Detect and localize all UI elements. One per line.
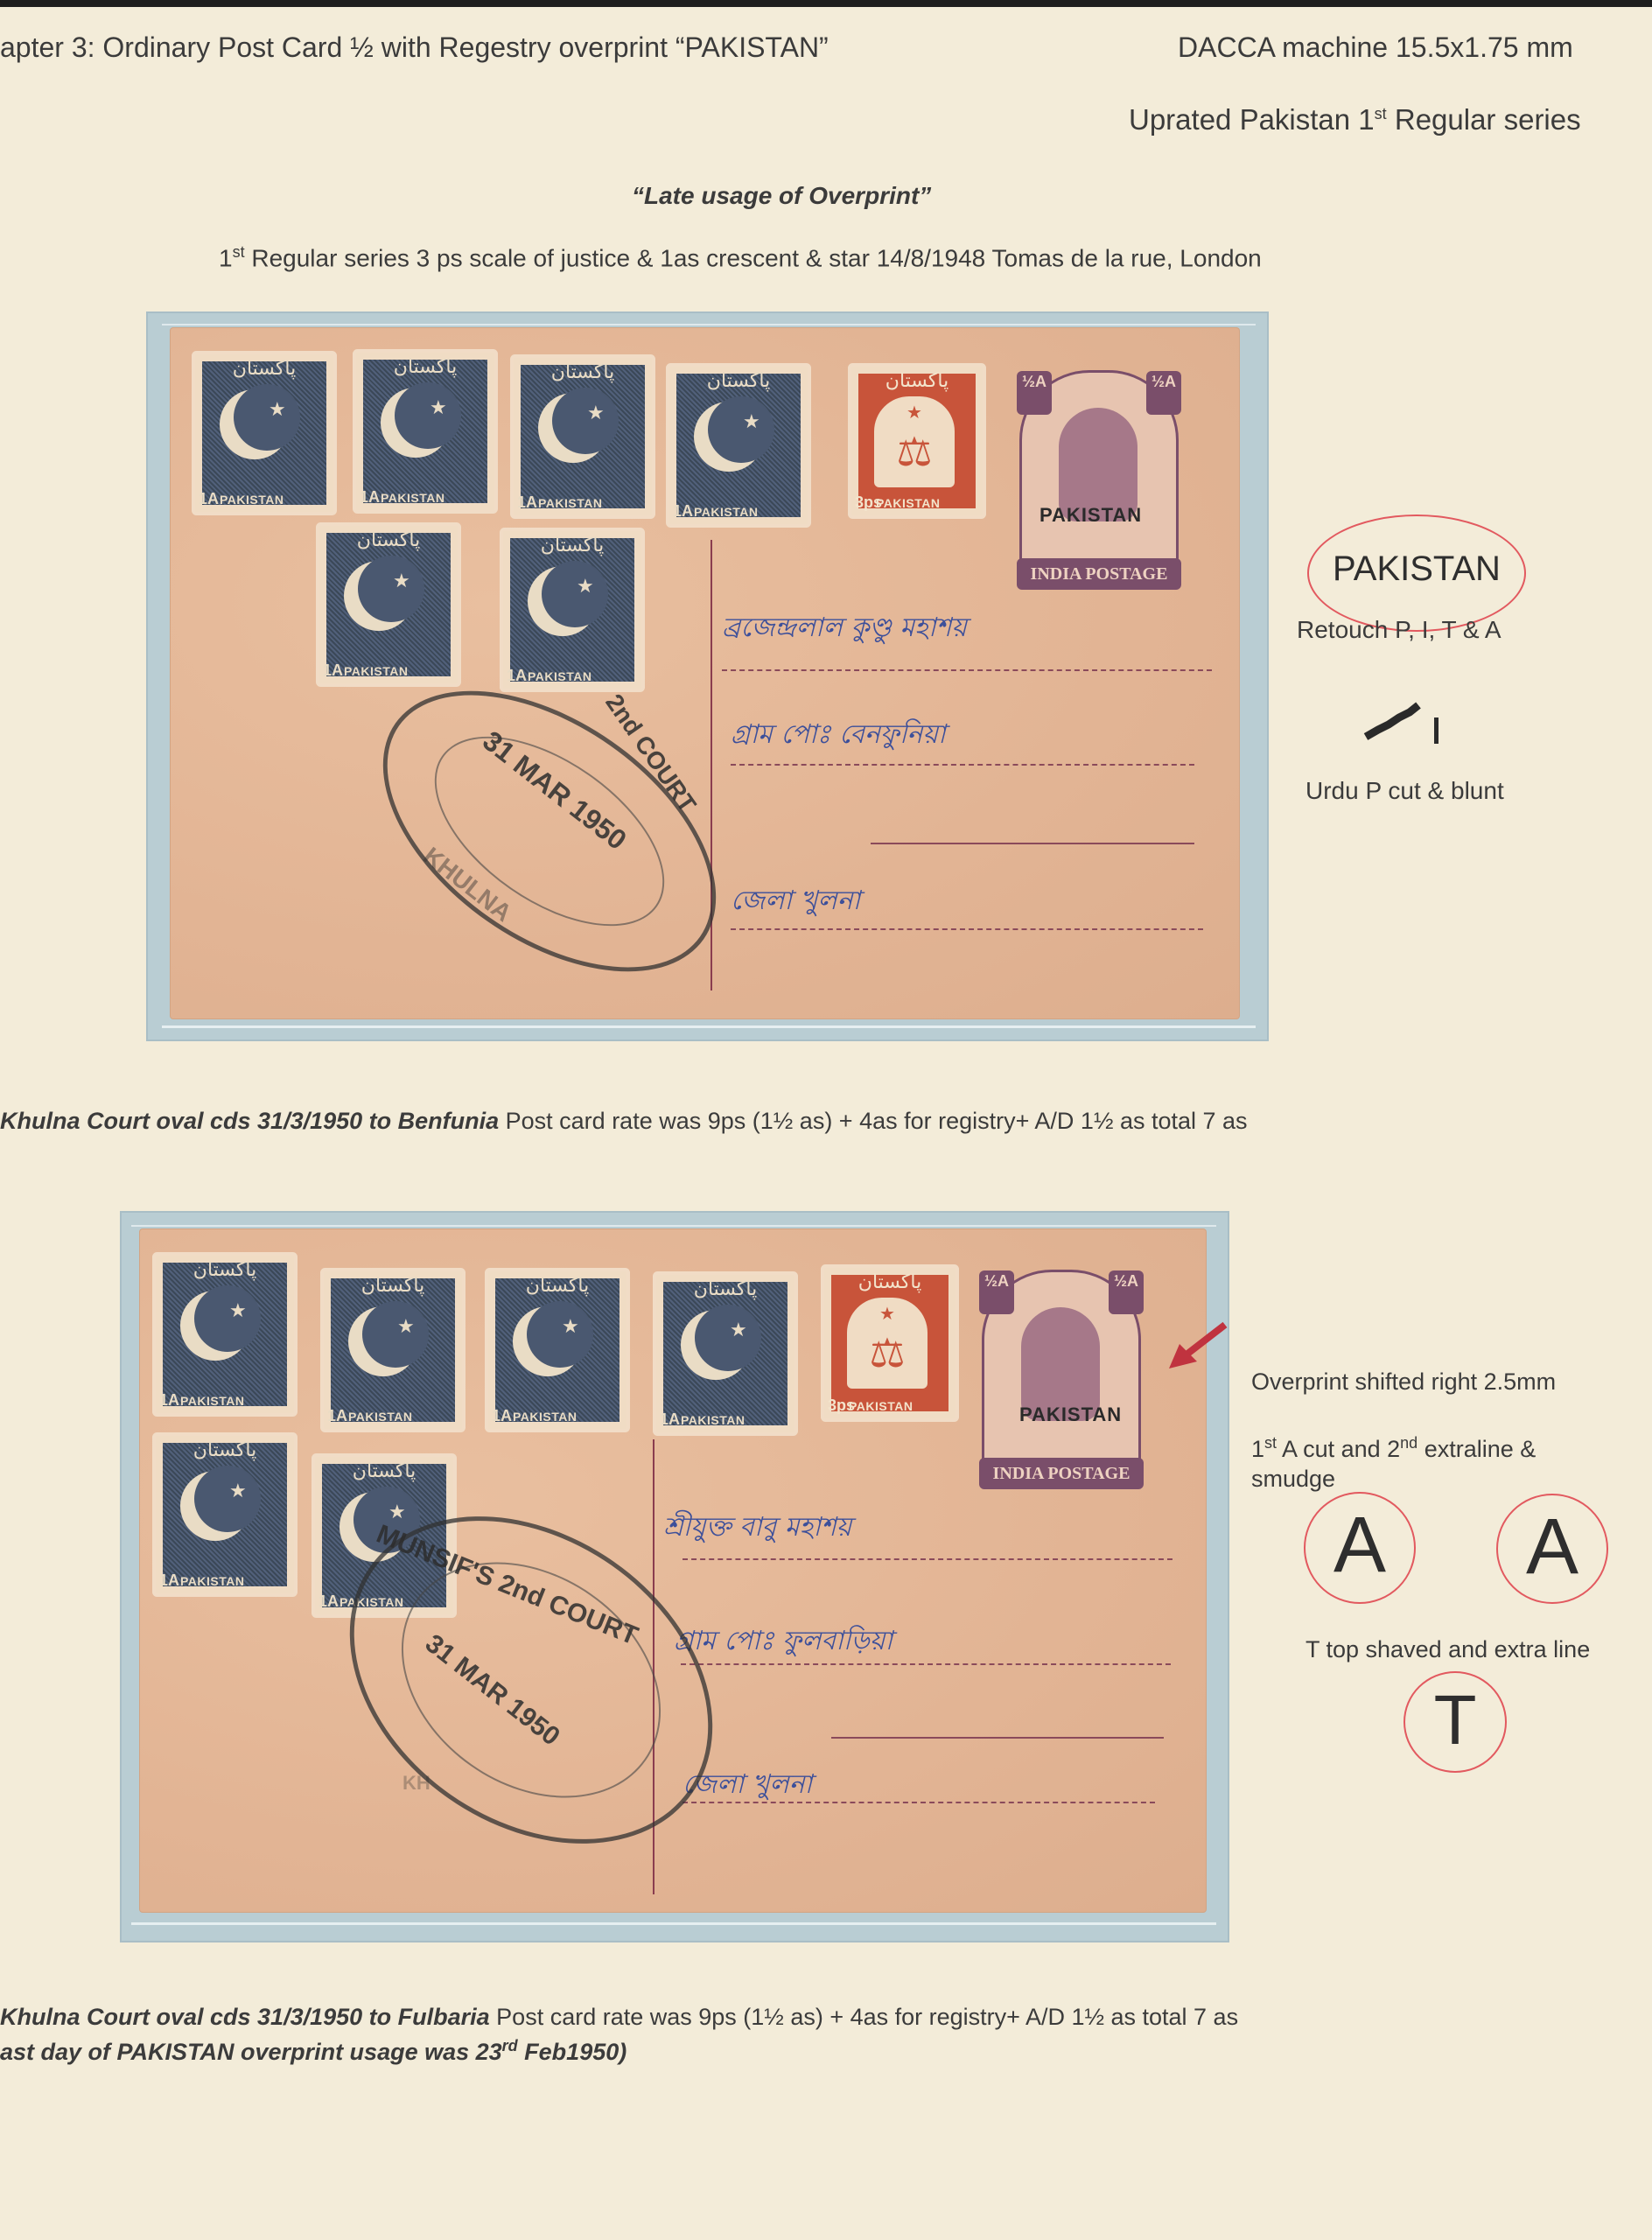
postcard-1: پاکستان ★ 1APAKISTAN پاکستان ★ 1APAKISTA… <box>171 328 1239 1018</box>
stamp-crescent-1a: پاکستان ★ 1APAKISTAN <box>356 353 494 510</box>
ring-first-a: A <box>1304 1492 1416 1604</box>
address-line-1: ব্রজেন্দ্রলাল কুণ্ডু মহাশয় <box>722 606 967 651</box>
stamp-crescent-1a: پاکستان ★ 1APAKISTAN <box>514 358 652 515</box>
address-rule <box>731 928 1203 930</box>
stamp-crescent-1a: پاکستان ★ 1APAKISTAN <box>319 526 458 683</box>
star-icon: ★ <box>874 402 955 423</box>
pakistan-detail-ring: PAKISTAN <box>1307 514 1526 632</box>
urdu-p-label: Urdu P cut & blunt <box>1305 777 1504 805</box>
ring-t: T <box>1403 1671 1507 1773</box>
t-defect-label: T top shaved and extra line <box>1305 1636 1590 1663</box>
star-icon: ★ <box>587 402 605 424</box>
star-icon: ★ <box>430 396 447 419</box>
star-icon: ★ <box>269 398 286 421</box>
address-rule <box>682 1558 1172 1560</box>
chapter-title: apter 3: Ordinary Post Card ½ with Reges… <box>0 31 829 64</box>
overprint-shift-label: Overprint shifted right 2.5mm <box>1251 1368 1556 1396</box>
address-line-1: শ্রীযুক্ত বাবু মহাশয় <box>663 1506 851 1550</box>
stamp-scale-of-justice-3ps: پاکستان ★⚖ 3psPAKISTAN <box>851 367 983 515</box>
card-2-caption: Khulna Court oval cds 31/3/1950 to Fulba… <box>0 2004 1238 2031</box>
stamp-crescent-1a: پاکستان ★ 1APAKISTAN <box>324 1271 462 1429</box>
scan-top-edge <box>0 0 1652 7</box>
postmark-office: KH <box>402 1772 430 1795</box>
address-line-2: গ্রাম পোঃ ফুলবাড়িয়া <box>674 1620 892 1664</box>
oval-postmark <box>332 633 766 1028</box>
star-icon: ★ <box>229 1480 247 1502</box>
stamp-crescent-1a: پاکستان ★ 1APAKISTAN <box>488 1271 626 1429</box>
uprated-label: Uprated Pakistan 1st Regular series <box>1129 103 1581 136</box>
postcard-2: پاکستان ★ 1APAKISTAN پاکستان ★ 1APAKISTA… <box>140 1229 1206 1912</box>
star-icon: ★ <box>743 410 760 433</box>
king-george-indicia: ½A½A PAKISTAN INDIA POSTAGE <box>982 1270 1141 1485</box>
stamp-crescent-1a: پاکستان ★ 1APAKISTAN <box>669 367 808 524</box>
address-rule <box>871 843 1194 844</box>
retouch-label: Retouch P, I, T & A <box>1297 616 1501 644</box>
stamp-crescent-1a: پاکستان ★ 1APAKISTAN <box>656 1275 794 1432</box>
address-rule <box>731 764 1194 766</box>
address-rule <box>682 1802 1155 1803</box>
red-arrow-icon <box>1162 1319 1232 1375</box>
address-line-3: জেলা খুলনা <box>731 879 860 924</box>
star-icon: ★ <box>847 1303 927 1325</box>
stamp-crescent-1a: پاکستان ★ 1APAKISTAN <box>195 354 333 512</box>
series-description: 1st Regular series 3 ps scale of justice… <box>219 243 1262 272</box>
stamp-crescent-1a: پاکستان ★ 1APAKISTAN <box>156 1436 294 1593</box>
overprint-pakistan: PAKISTAN <box>1039 504 1142 527</box>
overprint-pakistan-shifted: PAKISTAN <box>1019 1403 1122 1426</box>
star-icon: ★ <box>397 1315 415 1338</box>
urdu-p-detail-icon <box>1361 691 1448 752</box>
scale-icon: ⚖ <box>847 1329 927 1376</box>
card-1-caption: Khulna Court oval cds 31/3/1950 to Benfu… <box>0 1108 1248 1135</box>
address-rule <box>722 669 1212 671</box>
scale-icon: ⚖ <box>874 428 955 475</box>
star-icon: ★ <box>730 1319 747 1341</box>
stamp-crescent-1a: پاکستان ★ 1APAKISTAN <box>503 531 641 689</box>
stamp-scale-of-justice-3ps: پاکستان ★⚖ 3psPAKISTAN <box>824 1268 955 1418</box>
ring-second-a: A <box>1496 1494 1608 1604</box>
subtitle: “Late usage of Overprint” <box>632 182 931 210</box>
king-george-indicia: ½A½A PAKISTAN INDIA POSTAGE <box>1019 370 1179 585</box>
address-line-2: গ্রাম পোঃ বেনফুনিয়া <box>731 713 946 758</box>
a-defect-label: 1st A cut and 2nd extraline &smudge <box>1251 1428 1536 1494</box>
star-icon: ★ <box>562 1315 579 1338</box>
machine-label: DACCA machine 15.5x1.75 mm <box>1178 31 1573 64</box>
address-rule <box>831 1737 1164 1739</box>
card-2-caption-note: ast day of PAKISTAN overprint usage was … <box>0 2037 626 2066</box>
star-icon: ★ <box>577 575 594 598</box>
star-icon: ★ <box>229 1299 247 1322</box>
star-icon: ★ <box>388 1501 406 1523</box>
address-rule <box>681 1663 1171 1665</box>
stamp-crescent-1a: پاکستان ★ 1APAKISTAN <box>156 1256 294 1413</box>
star-icon: ★ <box>393 570 410 592</box>
